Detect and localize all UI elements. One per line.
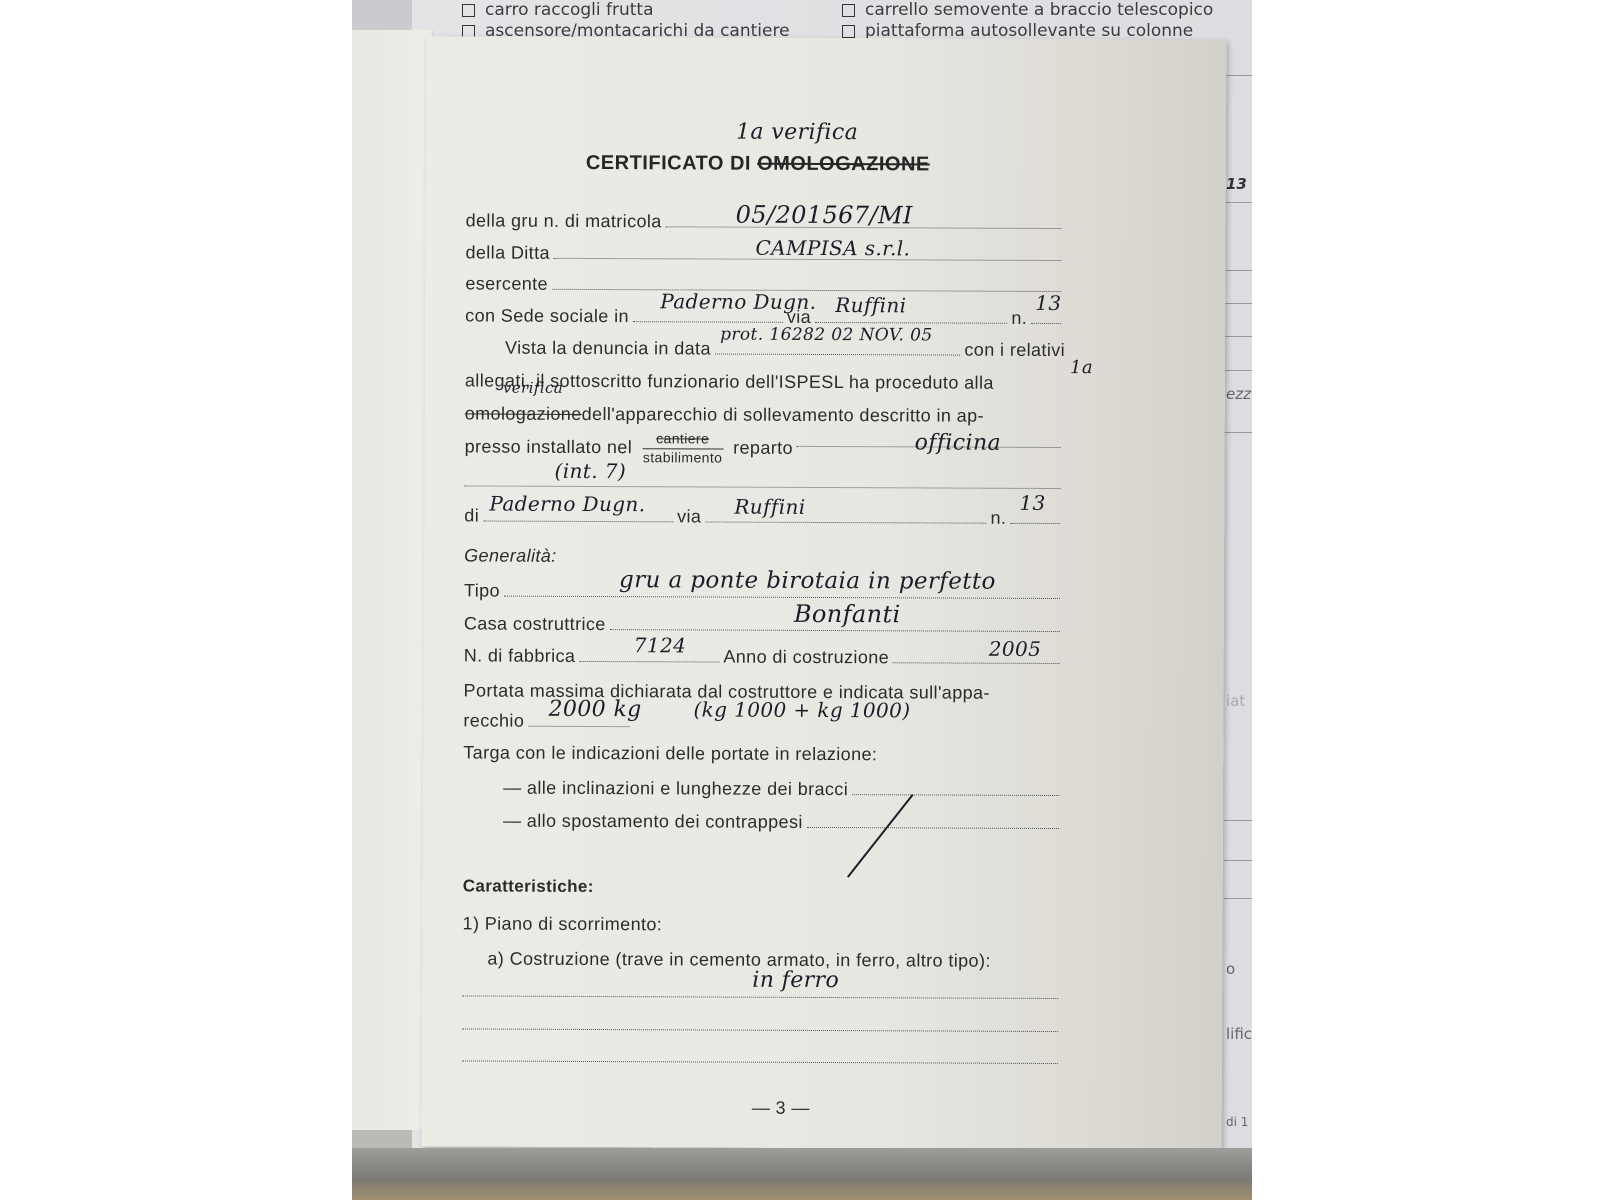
document-photo: carro raccogli frutta carrello semovente… (352, 0, 1252, 1200)
esercente-label: esercente (465, 273, 548, 294)
blank-row (462, 1036, 1062, 1069)
booklet-spine (352, 1148, 1252, 1200)
reparto-value: officina (915, 430, 1002, 455)
fraction-top: cantiere (642, 430, 723, 449)
tipo-label: Tipo (464, 580, 500, 601)
checkbox-label: carro raccogli frutta (485, 0, 654, 21)
background-form-checkboxes: carro raccogli frutta carrello semovente… (462, 0, 1252, 42)
edge-text: lific (1226, 1025, 1252, 1043)
checkbox-icon (842, 25, 855, 38)
anno-label: Anno di costruzione (723, 647, 889, 669)
n-value: 13 (1019, 491, 1045, 515)
casa-row: Casa costruttrice (464, 604, 1064, 637)
fabbrica-label: N. di fabbrica (464, 645, 576, 666)
ditta-label: della Ditta (465, 242, 550, 263)
matricola-label: della gru n. di matricola (466, 210, 662, 232)
edge-text: di 1 (1226, 1115, 1248, 1129)
installato-label: presso installato nel (465, 436, 633, 458)
caratteristiche-item-1: 1) Piano di scorrimento: (463, 904, 663, 935)
anno-value: 2005 (989, 637, 1042, 661)
binder-edge (352, 30, 433, 1130)
targa-item-text: — alle inclinazioni e lunghezze dei brac… (503, 778, 848, 801)
tipo-value: gru a ponte birotaia in perfetto (619, 567, 996, 595)
page-number: — 3 — (752, 1098, 810, 1119)
targa-text: Targa con le indicazioni delle portate i… (463, 742, 877, 765)
edge-text: 13 (1226, 175, 1247, 193)
denuncia-suffix: con i relativi (964, 340, 1065, 361)
portata-label: recchio (463, 710, 524, 731)
edge-text: o (1226, 960, 1235, 978)
denuncia-value: prot. 16282 02 NOV. 05 (720, 325, 933, 346)
casa-label: Casa costruttrice (464, 613, 606, 635)
line3-annotation: verifica (503, 379, 563, 397)
via-label: via (677, 506, 701, 527)
targa-row: Targa con le indicazioni delle portate i… (463, 733, 877, 765)
location-type-fraction: cantiere stabilimento (642, 430, 723, 465)
checkbox-icon (462, 4, 475, 17)
targa-item-text: — allo spostamento dei contrappesi (503, 811, 803, 833)
paragraph-text: dell'apparecchio di sollevamento descrit… (582, 404, 984, 427)
di-label: di (464, 505, 479, 526)
title-text: CERTIFICATO DI (586, 152, 751, 175)
sede-n-value: 13 (1035, 291, 1061, 315)
page-title: CERTIFICATO DI OMOLOGAZIONE (586, 152, 930, 177)
blank-row (462, 1004, 1062, 1037)
caratteristiche-item-1a: a) Costruzione (trave in cemento armato,… (462, 939, 991, 971)
checkbox-label: carrello semovente a braccio telescopico (865, 0, 1213, 21)
n-label: n. (990, 508, 1006, 529)
sede-value: Paderno Dugn. (660, 289, 816, 314)
certificate-page: 1a verifica CERTIFICATO DI OMOLOGAZIONE … (422, 36, 1227, 1149)
portata-value: 2000 kg (548, 697, 641, 722)
caratteristiche-heading: Caratteristiche: (463, 866, 594, 897)
edge-text: ezz (1226, 385, 1251, 403)
edge-text: iat (1226, 692, 1245, 710)
fabbrica-value: 7124 (634, 633, 687, 657)
fabbrica-row: N. di fabbrica Anno di costruzione (464, 636, 1064, 669)
matricola-value: 05/201567/MI (736, 201, 913, 230)
background-form-right-edge: 13 ezz iat o lific di 1 (1224, 60, 1252, 1160)
denuncia-label: Vista la denuncia in data (465, 337, 711, 359)
sede-label: con Sede sociale in (465, 305, 629, 327)
sede-via-value: Ruffini (835, 293, 906, 317)
construction-value: in ferro (752, 968, 839, 993)
via-value: Ruffini (734, 495, 805, 519)
installato-note: (int. 7) (554, 459, 626, 483)
portata-note: (kg 1000 + kg 1000) (693, 697, 910, 722)
di-value: Paderno Dugn. (489, 492, 645, 517)
targa-item-1: — alle inclinazioni e lunghezze dei brac… (463, 768, 1063, 801)
targa-item-2: — allo spostamento dei contrappesi (463, 801, 1063, 834)
generalita-heading: Generalità: (464, 536, 557, 566)
ditta-value: CAMPISA s.r.l. (755, 236, 910, 261)
casa-value: Bonfanti (794, 600, 901, 628)
title-annotation: 1a verifica (736, 120, 858, 146)
paragraph-line-3: omologazionedell'apparecchio di sollevam… (465, 394, 984, 426)
reparto-label: reparto (733, 437, 793, 458)
checkbox-icon (842, 4, 855, 17)
sede-n-label: n. (1011, 308, 1027, 329)
title-struck-text: OMOLOGAZIONE (757, 153, 930, 176)
struck-word: omologazione (465, 403, 582, 425)
line2-annotation: 1a (1070, 357, 1093, 378)
